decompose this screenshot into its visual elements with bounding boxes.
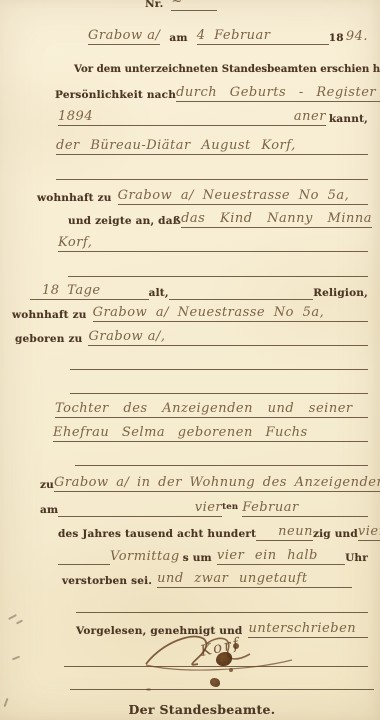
child-residence-entry: Grabow a/ Neuestrasse No 5a, [93,306,325,322]
report-row: und zeigte an, daß das Kind Nanny Minna [68,208,372,228]
ink-blot [210,678,220,687]
pencil-mark [12,656,20,661]
date-entry: 4 Februar [197,29,271,45]
form-number-row: Nr. ~ [145,0,255,11]
daytime-entry: Vormittag [110,550,180,565]
parents-row-1: Tochter des Anzeigenden und seiner [55,398,368,418]
year-entry: 94. [346,30,368,45]
death-date-row: am vier ten Februar [40,497,368,517]
ruled-line [349,196,368,205]
declarant-row: der Büreau-Diätar August Korf, [56,135,368,155]
ten-suffix-label: ten [222,503,238,518]
year-ones-entry: vier [358,525,380,541]
death-day-entry: vier [195,501,222,517]
place-entry: Grabow a/ [88,29,160,45]
ruled-line [70,361,368,370]
pencil-mark [16,619,23,624]
kannt-label: kannt, [329,114,368,127]
intro-row: Vor dem unterzeichneten Standesbeamten e… [74,56,374,76]
blank-rule-row [70,350,368,370]
signature-block: Korf [140,630,300,676]
ruled-line [76,604,368,613]
year-prefix: 18 [329,33,344,46]
death-time-row: Vormittag s um vier ein halb Uhr [58,545,368,565]
declarant-name-entry: der Büreau-Diätar August Korf, [56,139,296,155]
ruled-line [101,291,149,300]
ruled-line [70,385,368,394]
wohnhaft-label: wohnhaft zu [12,310,87,323]
ruled-line [318,556,345,565]
blank-rule-row [76,593,368,613]
unterschrieben-entry: unterschrieben [248,622,368,638]
parents-entry-2: Ehefrau Selma geborenen Fuchs [53,426,308,442]
child-residence-row: wohnhaft zu Grabow a/ Neuestrasse No 5a, [12,302,368,322]
child-name-entry: das Kind Nanny Minna [181,212,372,228]
ink-blot [233,643,239,649]
ruled-line [256,532,278,541]
geboren-zu-label: geboren zu [15,334,82,347]
ruled-line [58,508,194,517]
ink-blot [229,668,233,672]
ruled-line [308,433,368,442]
declarant-residence-row: wohnhaft zu Grabow a/ Neuestrasse No 5a, [37,185,368,205]
ruled-line [299,508,368,517]
death-register-form-scan: Nr. ~ Grabow a/ am 4 Februar 18 94. Vor … [0,0,380,720]
blank-rule-row [68,257,368,277]
ruled-line [93,117,294,126]
zu-label: zu [40,480,54,493]
register-year-entry: 1894 [58,110,93,126]
death-month-entry: Februar [242,501,298,517]
s-um-label: s um [183,553,212,566]
ruled-line [324,313,368,322]
parents-entry-1: Tochter des Anzeigenden und seiner [55,402,368,418]
parents-row-2: Ehefrau Selma geborenen Fuchs [53,422,368,442]
age-religion-row: 18 Tage alt, Religion, [30,280,368,300]
age-entry: 18 Tage [42,284,101,300]
blank-rule-row [56,160,368,180]
ruled-line [271,36,329,45]
birthplace-row: geboren zu Grabow a/, [15,326,368,346]
anerkannt-entry: aner [294,110,326,126]
am-label: am [169,33,187,46]
stain-speck [146,688,151,691]
religion-label: Religion, [313,288,368,301]
uhr-label: Uhr [345,553,368,566]
verstorben-label: verstorben sei. [62,576,152,589]
addendum-entry: und zwar ungetauft [157,572,307,588]
ruled-line [169,291,313,300]
signature-flourish-icon [140,630,300,676]
death-place-row: zu Grabow a/ in der Wohnung des Anzeigen… [40,472,372,492]
died-row: verstorben sei. und zwar ungetauft [62,568,368,588]
blank-rule-row [70,670,374,690]
am-label: am [40,505,58,518]
pencil-mark [8,614,17,620]
ink-blot [216,652,232,666]
identity-row: Persönlichkeit nach durch Geburts - Regi… [55,82,368,102]
death-place-entry: Grabow a/ in der Wohnung des Anzeigenden [54,476,380,492]
declarant-residence-entry: Grabow a/ Neuestrasse No 5a, [118,189,350,205]
ruled-line [166,337,369,346]
pencil-mark [4,698,9,707]
identity-entry: durch Geburts - Register de [176,86,380,102]
year-phrase-label: des Jahres tausend acht hundert [58,529,256,542]
year-tens-entry: neun [278,525,313,541]
zig-und-label: zig und [313,529,358,542]
ruled-line [75,457,368,466]
blank-rule-row [70,374,368,394]
signature-rule-row [64,647,368,667]
child-surname-row: Korf, [58,232,368,252]
hour-entry: vier ein halb [217,549,318,565]
persoenlichkeit-label: Persönlichkeit nach [55,90,176,103]
wohnhaft-label: wohnhaft zu [37,193,112,206]
alt-label: alt, [149,288,169,301]
nr-label: Nr. [145,0,163,11]
closing-row: Vorgelesen, genehmigt und unterschrieben [76,618,368,638]
ruled-line [70,681,374,690]
death-year-row: des Jahres tausend acht hundert neun zig… [58,521,368,541]
blank-rule-row [75,446,368,466]
ruled-line [296,146,368,155]
ruled-line [30,291,42,300]
place-date-row: Grabow a/ am 4 Februar 18 94. [88,25,368,45]
vorgelesen-label: Vorgelesen, genehmigt und [76,626,242,639]
zeigte-an-label: und zeigte an, daß [68,216,181,229]
ruled-line [92,243,368,252]
footer-row: Der Standesbeamte. [24,698,380,718]
register-year-row: 1894 aner kannt, [58,106,368,126]
birthplace-entry: Grabow a/, [88,330,165,346]
signature-name: Korf [199,634,242,660]
ruled-line [308,579,352,588]
ruled-line [68,268,368,277]
intro-text: Vor dem unterzeichneten Standesbeamten e… [74,64,380,76]
ruled-line [56,171,368,180]
ruled-line [58,556,110,565]
ruled-line [64,658,368,667]
child-surname-entry: Korf, [58,236,92,252]
standesbeamte-label: Der Standesbeamte. [129,704,276,719]
nr-value: ~ [171,0,217,11]
